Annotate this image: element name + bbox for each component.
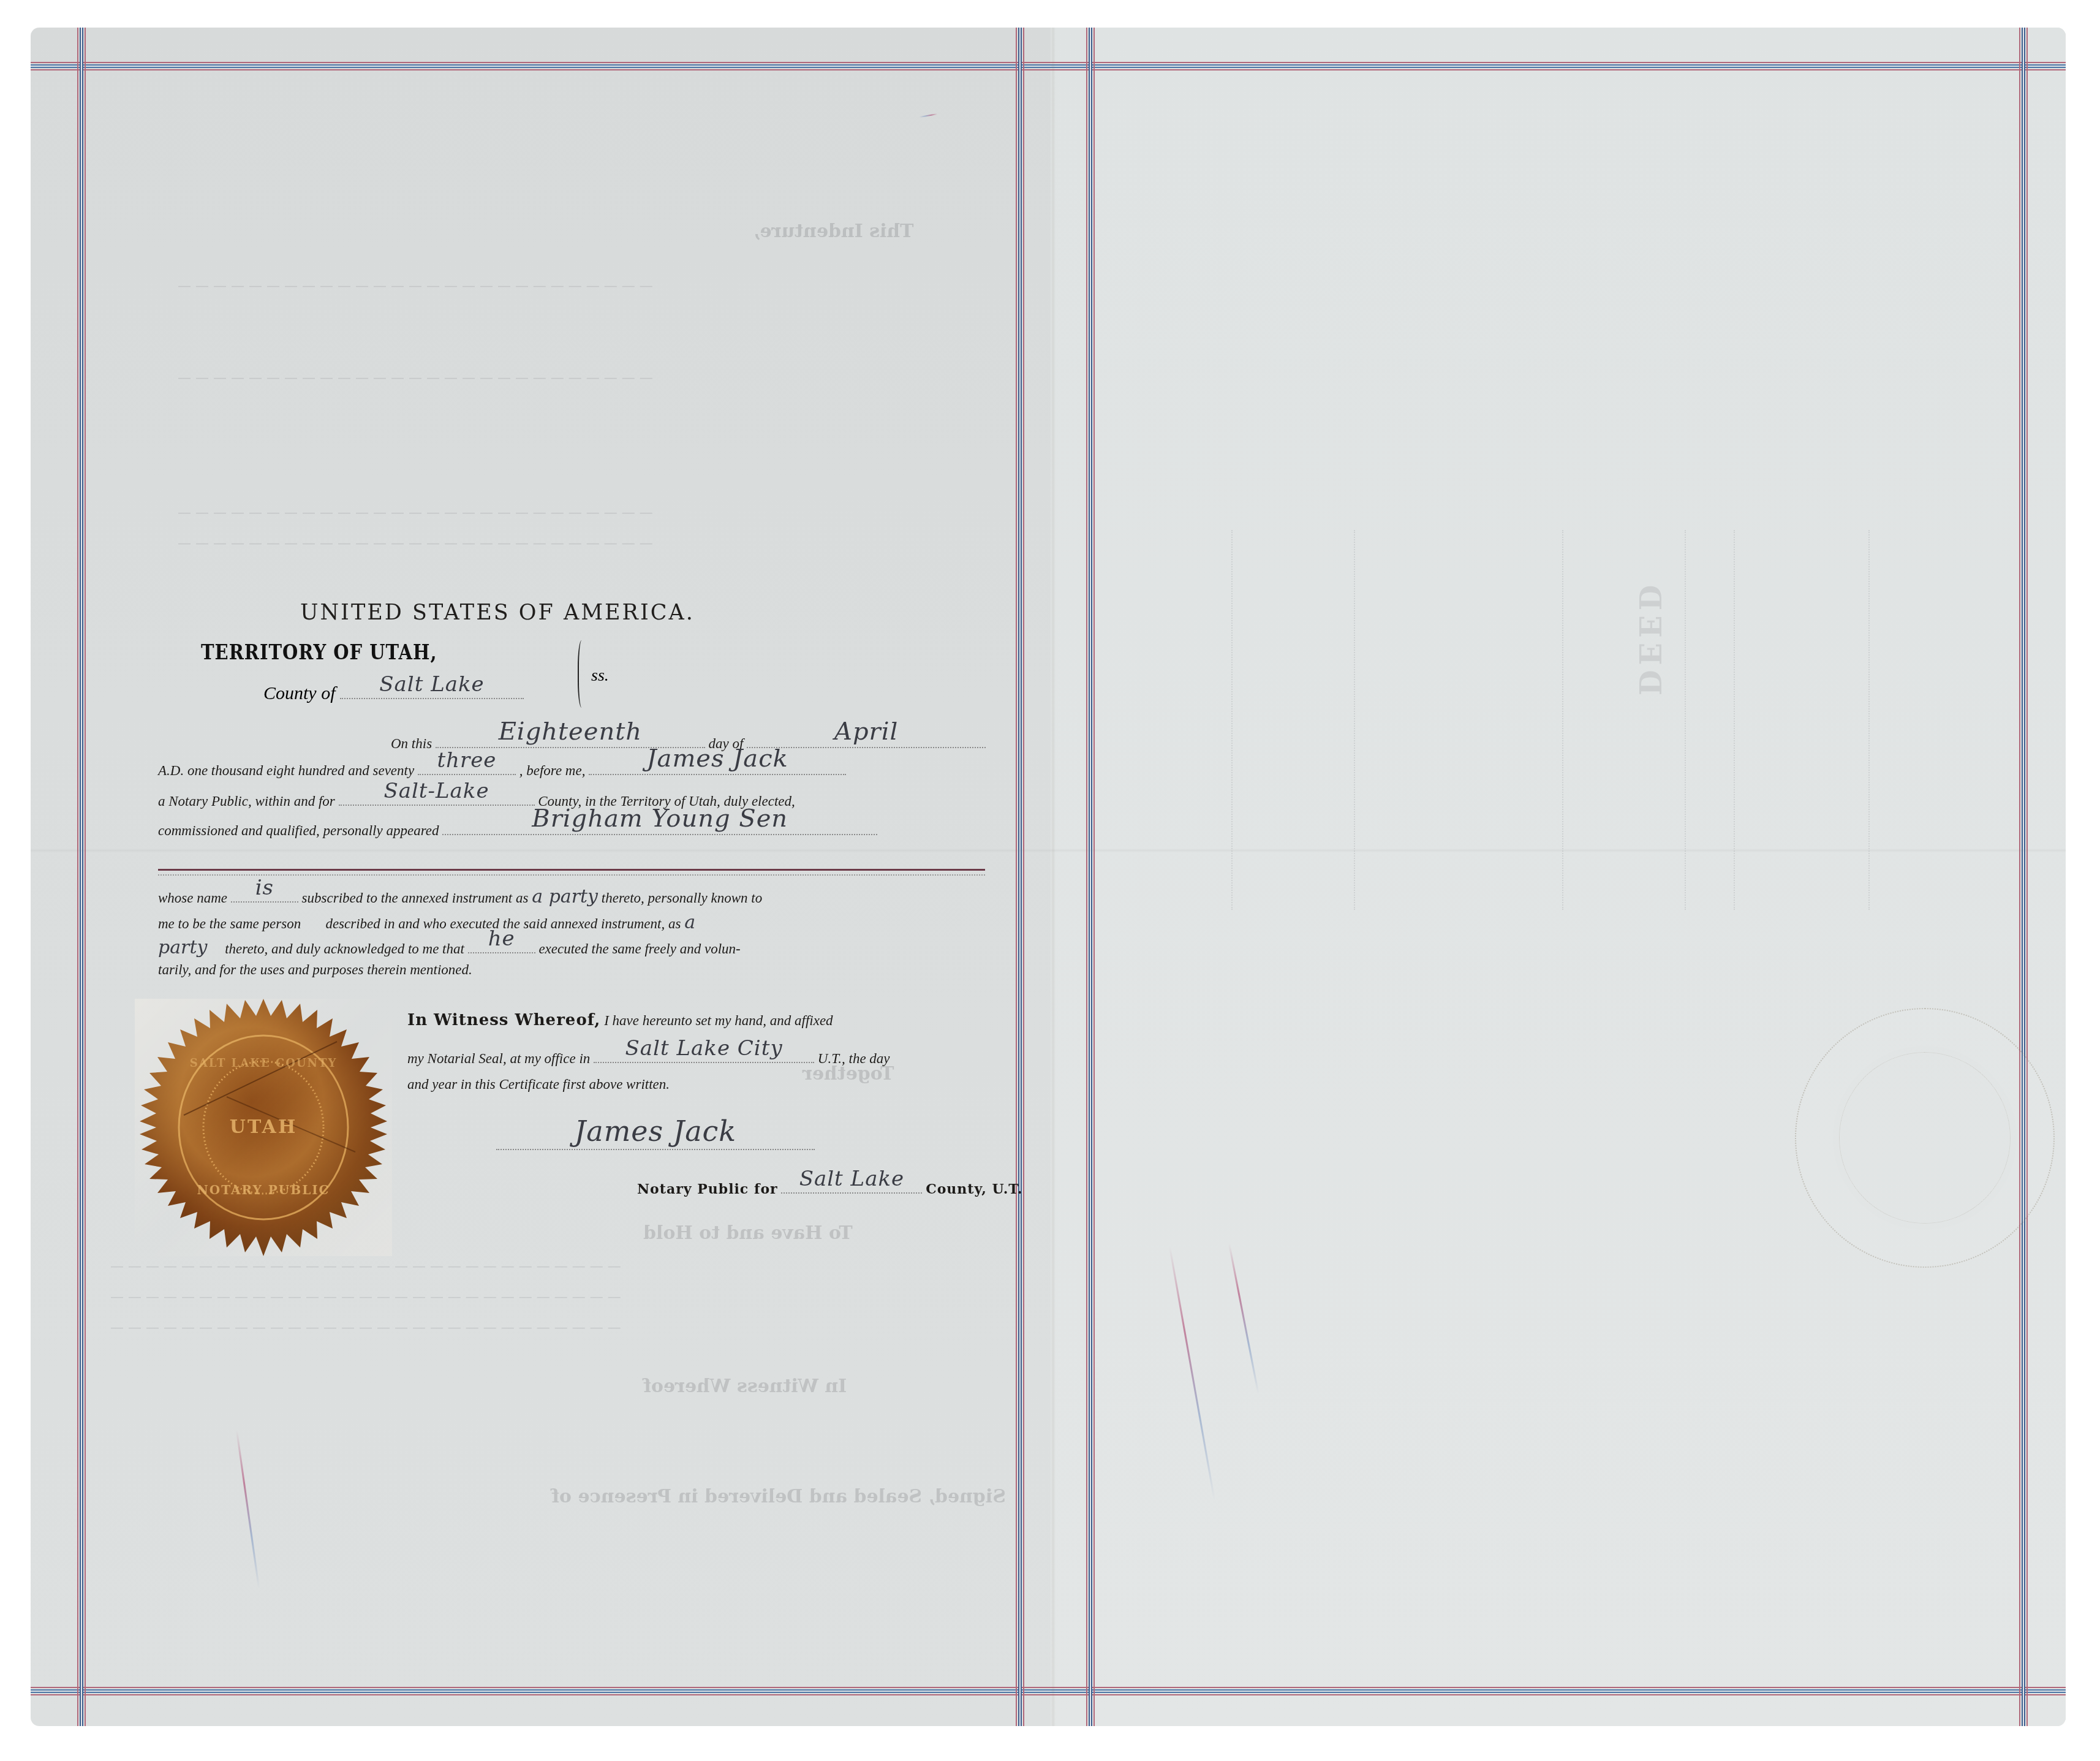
year-field: three <box>418 758 516 775</box>
scilicet-mark: ss. <box>591 666 609 686</box>
ack-line-year: A.D. one thousand eight hundred and seve… <box>158 758 846 779</box>
ghost-line: — — — — — — — — — — — — — — — — — — — — … <box>178 279 653 294</box>
top-border-rule <box>31 61 2066 71</box>
jurisdiction-field: Salt-Lake <box>339 789 535 806</box>
he-handwritten: he <box>468 926 535 951</box>
body-line-2: me to be the same person described in an… <box>158 912 695 933</box>
office-city-field: Salt Lake City <box>594 1046 814 1063</box>
ghost-heading: This Indenture, <box>754 221 914 242</box>
ghost-habendum: To Have and to Hold <box>643 1222 853 1244</box>
month-handwritten: April <box>747 718 986 746</box>
ack-line-appeared: commissioned and qualified, personally a… <box>158 818 877 839</box>
ghost-witness: In Witness Whereof <box>643 1376 847 1397</box>
year-handwritten: three <box>418 748 516 773</box>
ink-streak <box>236 1431 260 1589</box>
ghost-line: — — — — — — — — — — — — — — — — — — — — … <box>110 1320 621 1336</box>
seal-center-text: UTAH <box>135 1116 392 1138</box>
notary-name-handwritten: James Jack <box>589 744 846 773</box>
ghost-column-line <box>1734 530 1735 910</box>
ghost-signed: Signed, Sealed and Delivered in Presence… <box>551 1486 1006 1507</box>
footer-county-handwritten: Salt Lake <box>781 1167 922 1191</box>
separator-rule <box>158 869 985 871</box>
ghost-line: — — — — — — — — — — — — — — — — — — — — … <box>110 1259 621 1274</box>
footer-county-field: Salt Lake <box>781 1176 922 1194</box>
embossed-seal-impression <box>1795 1008 2055 1268</box>
ghost-line: — — — — — — — — — — — — — — — — — — — — … <box>178 371 653 386</box>
county-label: County of <box>263 683 336 703</box>
jurisdiction-handwritten: Salt-Lake <box>339 779 535 803</box>
witness-line-1: In Witness Whereof, I have hereunto set … <box>407 1011 833 1029</box>
right-panel <box>1051 28 2066 1726</box>
notary-seal: UTAH NOTARY PUBLIC SALT LAKE COUNTY <box>135 999 392 1256</box>
center-right-rule <box>1086 28 1095 1726</box>
witness-heading: In Witness Whereof, <box>407 1011 600 1029</box>
party2-handwritten: party <box>158 937 207 958</box>
horizontal-fold <box>31 849 2066 852</box>
signature-field: James Jack <box>496 1112 815 1150</box>
right-border-rule <box>2019 28 2028 1726</box>
ghost-column-line <box>1562 530 1563 910</box>
county-handwritten: Salt Lake <box>340 672 524 697</box>
county-field: Salt Lake <box>340 682 524 699</box>
body-line-4: tarily, and for the uses and purposes th… <box>158 962 472 978</box>
territory-heading: TERRITORY OF UTAH, <box>201 640 437 664</box>
day-handwritten: Eighteenth <box>436 718 705 746</box>
ghost-column-line <box>1231 530 1233 910</box>
notary-footer: Notary Public for Salt Lake County, U.T. <box>637 1176 1023 1197</box>
ghost-deed-label: DEED <box>1632 580 1666 695</box>
office-city-handwritten: Salt Lake City <box>594 1036 814 1061</box>
ghost-column-line <box>1868 530 1870 910</box>
witness-line-3: and year in this Certificate first above… <box>407 1077 670 1093</box>
left-border-rule <box>77 28 86 1726</box>
ghost-line: — — — — — — — — — — — — — — — — — — — — … <box>110 1290 621 1305</box>
center-left-rule <box>1015 28 1025 1726</box>
is-handwritten: is <box>231 876 298 900</box>
ghost-line: — — — — — — — — — — — — — — — — — — — — … <box>178 506 653 521</box>
article-handwritten: a <box>684 912 695 933</box>
ghost-column-line <box>1354 530 1355 910</box>
body-line-3: party thereto, and duly acknowledged to … <box>158 936 741 958</box>
document-title: UNITED STATES OF AMERICA. <box>300 600 695 625</box>
venue-brace <box>578 640 587 708</box>
person-handwritten: Brigham Young Sen <box>442 805 877 833</box>
seal-bottom-arc: NOTARY PUBLIC <box>135 1183 392 1197</box>
center-fold <box>1051 28 1056 1726</box>
signature-line: James Jack <box>496 1112 815 1154</box>
bottom-border-rule <box>31 1686 2066 1696</box>
notary-name-field: James Jack <box>589 758 846 775</box>
body-line-1: whose name is subscribed to the annexed … <box>158 885 762 907</box>
witness-line-2: my Notarial Seal, at my office in Salt L… <box>407 1046 890 1067</box>
notary-signature: James Jack <box>496 1115 815 1148</box>
county-line: County of Salt Lake <box>263 682 524 704</box>
ink-streak <box>919 113 937 118</box>
seal-top-arc: SALT LAKE COUNTY <box>135 1057 392 1070</box>
ghost-column-line <box>1685 530 1686 910</box>
person-field: Brigham Young Sen <box>442 818 877 835</box>
ghost-line: — — — — — — — — — — — — — — — — — — — — … <box>178 536 653 551</box>
document-sheet: This Indenture, — — — — — — — — — — — — … <box>31 28 2066 1726</box>
party-handwritten: a party <box>532 886 598 907</box>
